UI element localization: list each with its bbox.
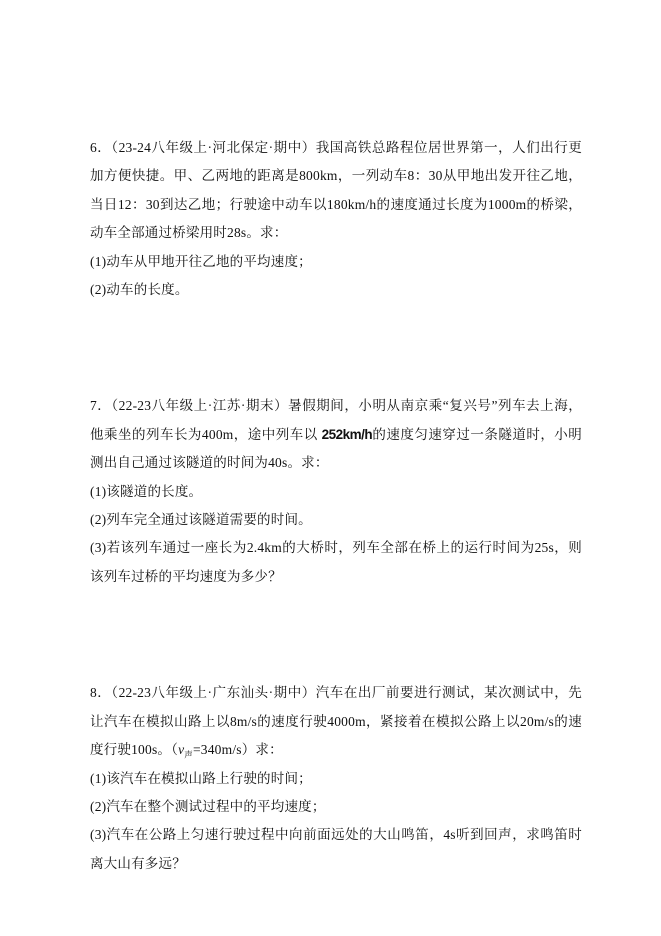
problem-6-question-2: (2)动车的长度。 <box>90 276 582 304</box>
problem-7-question-2: (2)列车完全通过该隧道需要的时间。 <box>90 506 582 534</box>
problem-7: 7．（22-23八年级上·江苏·期末）暑假期间，小明从南京乘“复兴号”列车去上海… <box>90 392 582 591</box>
problem-8-question-3: (3)汽车在公路上匀速行驶过程中向前面远处的大山鸣笛，4s听到回声，求鸣笛时离大… <box>90 821 582 878</box>
problem-6: 6．（23-24八年级上·河北保定·期中）我国高铁总路程位居世界第一，人们出行更… <box>90 134 582 304</box>
problem-8: 8．（22-23八年级上·广东汕头·期中）汽车在出厂前要进行测试，某次测试中，先… <box>90 679 582 878</box>
problem-8-stem: 8．（22-23八年级上·广东汕头·期中）汽车在出厂前要进行测试，某次测试中，先… <box>90 679 582 764</box>
problem-6-stem-text: 6．（23-24八年级上·河北保定·期中）我国高铁总路程位居世界第一，人们出行更… <box>90 140 582 240</box>
problem-6-stem: 6．（23-24八年级上·河北保定·期中）我国高铁总路程位居世界第一，人们出行更… <box>90 134 582 248</box>
problem-6-question-1: (1)动车从甲地开往乙地的平均速度； <box>90 248 582 276</box>
problem-7-stem: 7．（22-23八年级上·江苏·期末）暑假期间，小明从南京乘“复兴号”列车去上海… <box>90 392 582 477</box>
problem-7-question-3: (3)若该列车通过一座长为2.4km的大桥时，列车全部在桥上的运行时间为25s，… <box>90 534 582 591</box>
sound-speed-subscript: 声 <box>184 750 193 760</box>
problem-7-question-1: (1)该隧道的长度。 <box>90 478 582 506</box>
problem-8-question-2: (2)汽车在整个测试过程中的平均速度； <box>90 793 582 821</box>
problem-8-stem-suffix: =340m/s）求： <box>193 742 283 757</box>
train-speed-value: 252km/h <box>322 427 373 442</box>
worksheet-page: 6．（23-24八年级上·河北保定·期中）我国高铁总路程位居世界第一，人们出行更… <box>90 134 582 878</box>
problem-8-stem-prefix: 8．（22-23八年级上·广东汕头·期中）汽车在出厂前要进行测试，某次测试中，先… <box>90 685 582 757</box>
problem-8-question-1: (1)该汽车在模拟山路上行驶的时间； <box>90 765 582 793</box>
